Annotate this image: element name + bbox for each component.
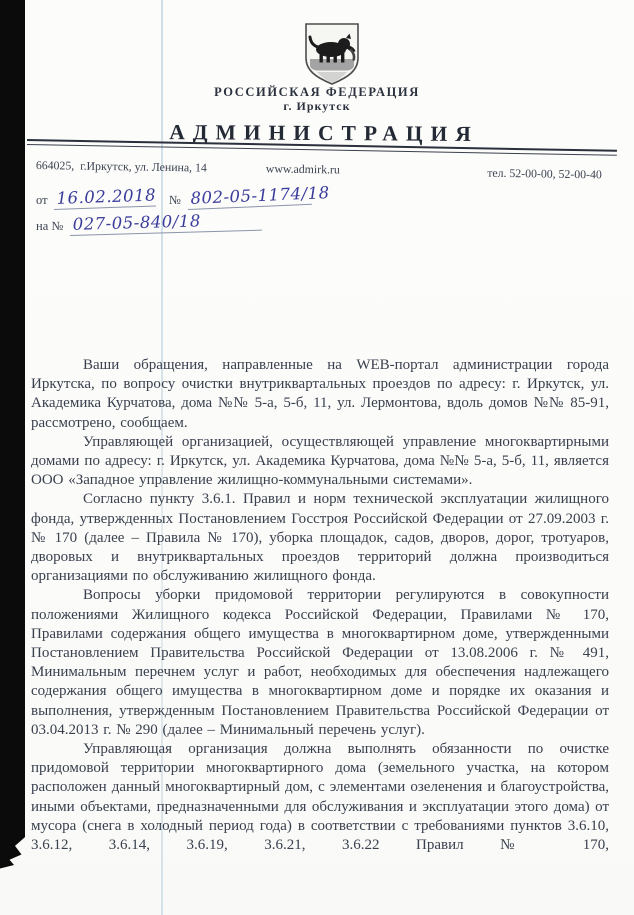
reference-block: от 16.02.2018 № 802-05-1174/18 на № 027-…: [36, 190, 312, 242]
letter-body: Ваши обращения, направленные на WEB-порт…: [31, 356, 609, 855]
contact-address: 664025, г.Иркутск, ул. Ленина, 14: [36, 158, 207, 176]
body-paragraph: Согласно пункту 3.6.1. Правил и норм тех…: [31, 490, 609, 586]
ref-from-date-handwritten: 16.02.2018: [53, 186, 156, 210]
ref-reply-value-handwritten: 027-05-840/18: [70, 211, 262, 236]
ref-from-label: от: [36, 193, 48, 210]
contact-row: 664025, г.Иркутск, ул. Ленина, 14 www.ad…: [0, 157, 634, 166]
body-paragraph: Вопросы уборки придомовой территории рег…: [31, 586, 609, 740]
country-name: РОССИЙСКАЯ ФЕДЕРАЦИЯ: [0, 85, 634, 100]
body-paragraph: Управляющая организация должна выполнять…: [31, 740, 609, 855]
contact-website: www.admirk.ru: [266, 161, 340, 177]
ref-line-incoming: на № 027-05-840/18: [36, 216, 312, 242]
scanned-letter-page: РОССИЙСКАЯ ФЕДЕРАЦИЯ г. Иркутск АДМИНИСТ…: [0, 0, 634, 915]
ref-number-sign: №: [169, 193, 181, 210]
body-paragraph: Ваши обращения, направленные на WEB-порт…: [31, 356, 609, 433]
ref-number-value-handwritten: 802-05-1174/18: [187, 185, 312, 210]
coat-of-arms-icon: [303, 22, 361, 91]
city-name: г. Иркутск: [0, 99, 634, 114]
ref-reply-label: на №: [36, 219, 63, 236]
body-paragraph: Управляющей организацией, осуществляющей…: [31, 433, 609, 491]
contact-phone: тел. 52-00-00, 52-00-40: [487, 166, 602, 183]
